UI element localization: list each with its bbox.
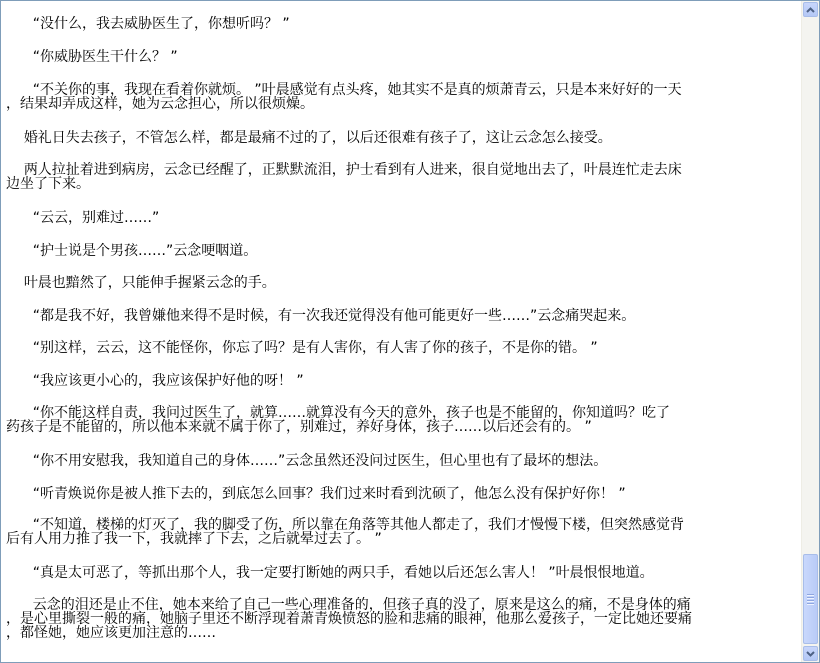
chevron-down-icon (806, 651, 815, 657)
paragraph: 两人拉扯着进到病房，云念已经醒了，正默默流泪，护士看到有人进来，很自觉地出去了，… (6, 163, 792, 191)
text-viewer-window: “没什么，我去威胁医生了，你想听吗？ ” “你威胁医生干什么？ ” “不关你的事… (0, 0, 820, 663)
scroll-down-button[interactable] (803, 646, 818, 661)
paragraph: “你不用安慰我，我知道自己的身体……”云念虽然还没问过医生，但心里也有了最坏的想… (6, 454, 792, 468)
paragraph: “真是太可恶了，等抓出那个人，我一定要打断她的两只手，看她以后还怎么害人！ ”叶… (6, 566, 792, 580)
scroll-up-button[interactable] (803, 2, 818, 17)
scroll-thumb[interactable] (803, 554, 818, 644)
paragraph: “都是我不好，我曾嫌他来得不是时候，有一次我还觉得没有他可能更好一些……”云念痛… (6, 309, 792, 323)
paragraph: 叶晨也黯然了，只能伸手握紧云念的手。 (6, 276, 792, 290)
chevron-up-icon (806, 7, 815, 13)
vertical-scrollbar[interactable] (801, 1, 819, 662)
paragraph: “你不能这样自责，我问过医生了，就算……就算没有今天的意外，孩子也是不能留的，你… (6, 406, 792, 434)
paragraph: “听青焕说你是被人推下去的，到底怎么回事？我们过来时看到沈硕了，他怎么没有保护好… (6, 487, 792, 501)
paragraph: “护士说是个男孩……”云念哽咽道。 (6, 244, 792, 258)
paragraph: 云念的泪还是止不住，她本来给了自己一些心理准备的，但孩子真的没了，原来是这么的痛… (6, 598, 792, 640)
paragraph: “没什么，我去威胁医生了，你想听吗？ ” (6, 17, 792, 31)
paragraph: 婚礼日失去孩子，不管怎么样，都是最痛不过的了，以后还很难有孩子了，这让云念怎么接… (6, 131, 792, 145)
document-body: “没什么，我去威胁医生了，你想听吗？ ” “你威胁医生干什么？ ” “不关你的事… (2, 1, 802, 662)
paragraph: “不关你的事，我现在看着你就烦。 ”叶晨感觉有点头疼，她其实不是真的烦萧青云，只… (6, 83, 792, 111)
paragraph: “别这样，云云，这不能怪你，你忘了吗？是有人害你，有人害了你的孩子，不是你的错。… (6, 341, 792, 355)
grip-icon (807, 593, 814, 606)
paragraph: “云云，别难过……” (6, 211, 792, 225)
paragraph: “不知道，楼梯的灯灭了，我的脚受了伤，所以靠在角落等其他人都走了，我们才慢慢下楼… (6, 518, 792, 546)
paragraph: “你威胁医生干什么？ ” (6, 50, 792, 64)
paragraph: “我应该更小心的，我应该保护好他的呀！ ” (6, 374, 792, 388)
